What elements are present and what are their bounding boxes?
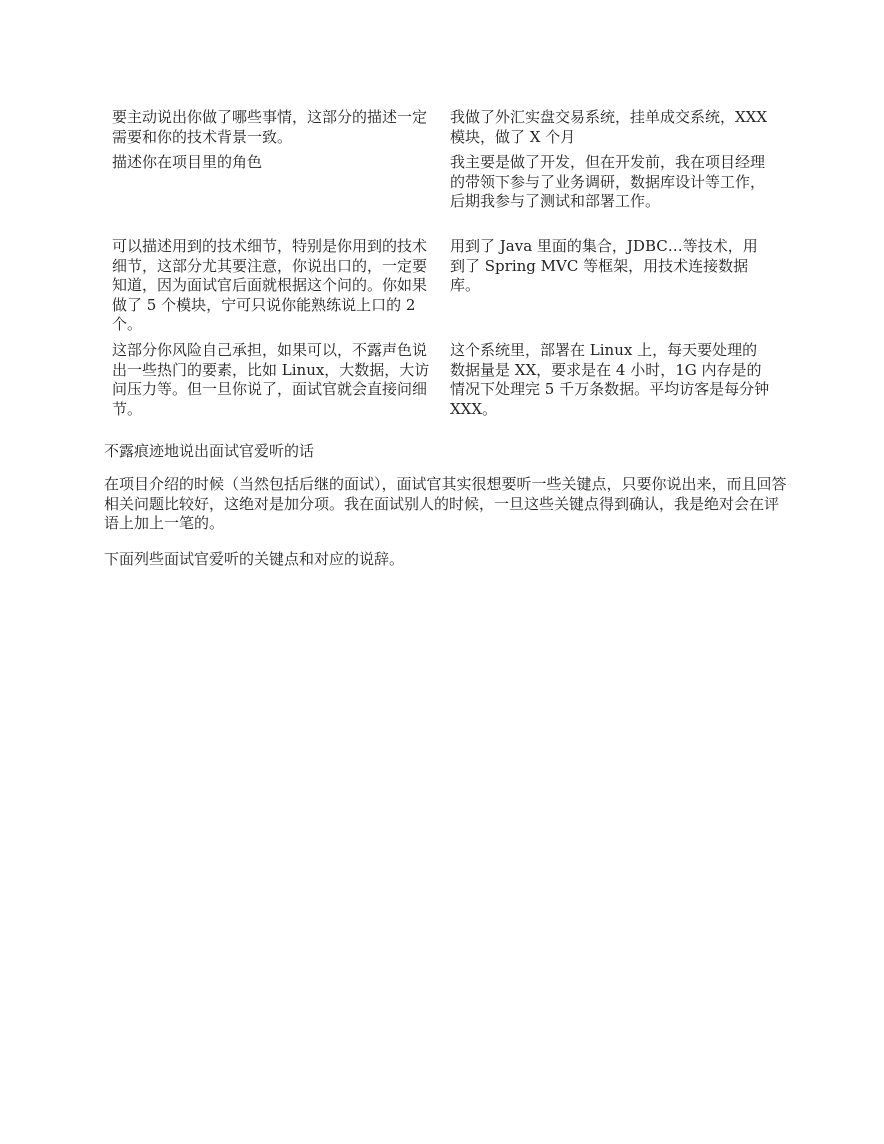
table-row: 这部分你风险自己承担，如果可以，不露声色说出一些热门的要素，比如 Linux，大… xyxy=(112,341,772,419)
section-heading: 不露痕迹地说出面试官爱听的话 xyxy=(104,442,788,462)
table-cell-example: 我做了外汇实盘交易系统，挂单成交系统，XXX 模块，做了 X 个月 xyxy=(450,108,772,147)
table-cell-example: 这个系统里，部署在 Linux 上，每天要处理的数据量是 XX，要求是在 4 小… xyxy=(450,341,772,419)
table-cell-example: 我主要是做了开发，但在开发前，我在项目经理的带领下参与了业务调研，数据库设计等工… xyxy=(450,153,772,231)
table-row: 可以描述用到的技术细节，特别是你用到的技术细节，这部分尤其要注意，你说出口的，一… xyxy=(112,237,772,335)
table-cell-guidance: 这部分你风险自己承担，如果可以，不露声色说出一些热门的要素，比如 Linux，大… xyxy=(112,341,430,419)
table-row: 描述你在项目里的角色 我主要是做了开发，但在开发前，我在项目经理的带领下参与了业… xyxy=(112,153,772,231)
table-cell-guidance: 可以描述用到的技术细节，特别是你用到的技术细节，这部分尤其要注意，你说出口的，一… xyxy=(112,237,430,335)
body-paragraph: 下面列些面试官爱听的关键点和对应的说辞。 xyxy=(104,550,788,570)
body-paragraph: 在项目介绍的时候（当然包括后继的面试），面试官其实很想要听一些关键点，只要你说出… xyxy=(104,475,788,534)
table-row: 要主动说出你做了哪些事情，这部分的描述一定需要和你的技术背景一致。 我做了外汇实… xyxy=(112,108,772,147)
project-description-table: 要主动说出你做了哪些事情，这部分的描述一定需要和你的技术背景一致。 我做了外汇实… xyxy=(112,108,772,425)
table-cell-guidance: 描述你在项目里的角色 xyxy=(112,153,430,231)
table-cell-example: 用到了 Java 里面的集合，JDBC…等技术，用到了 Spring MVC 等… xyxy=(450,237,772,335)
table-cell-guidance: 要主动说出你做了哪些事情，这部分的描述一定需要和你的技术背景一致。 xyxy=(112,108,430,147)
